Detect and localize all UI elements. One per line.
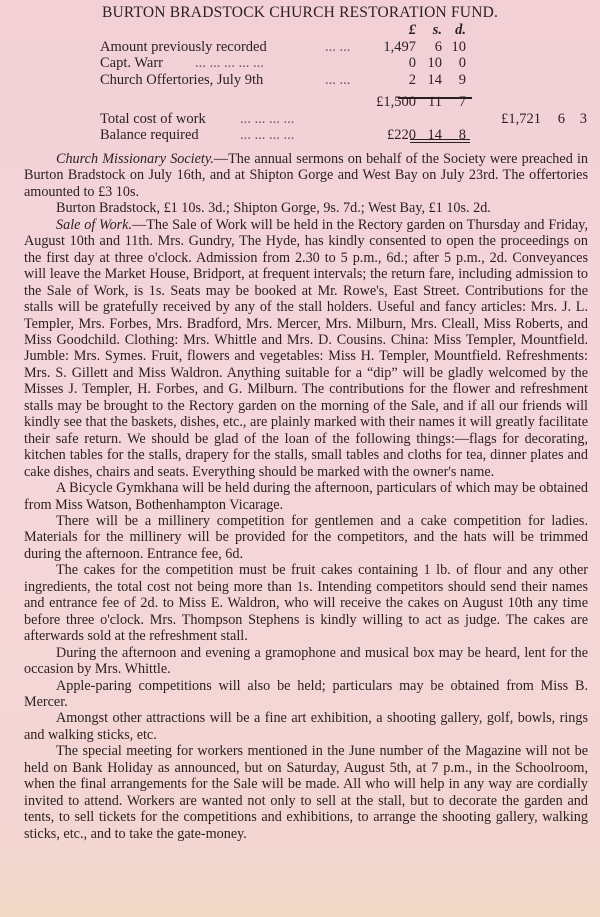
paragraph-millinery-competition: There will be a millinery competition fo… <box>24 513 588 562</box>
ledger-balance: Balance required ... ... ... ... £220 14… <box>100 127 590 144</box>
pounds-value: 0 <box>370 55 416 72</box>
total-cost-pence: 3 <box>567 111 587 128</box>
paragraph-bicycle-gymkhana: A Bicycle Gymkhana will be held during t… <box>24 480 588 513</box>
paragraph-sale-of-work: Sale of Work.—The Sale of Work will be h… <box>24 217 588 480</box>
ledger-row: Church Offertories, July 9th ... ... 2 1… <box>100 72 590 89</box>
total-cost-shillings: 6 <box>545 111 565 128</box>
section-heading: Church Missionary Society. <box>56 151 214 167</box>
restoration-fund-ledger: £ s. d. Amount previously recorded ... .… <box>100 22 590 144</box>
pence-value: 10 <box>444 39 466 56</box>
document-page: BURTON BRADSTOCK CHURCH RESTORATION FUND… <box>0 0 600 917</box>
ledger-row: Amount previously recorded ... ... 1,497… <box>100 39 590 56</box>
paragraph-cake-competition: The cakes for the competition must be fr… <box>24 562 588 644</box>
leader-dots: ... ... <box>325 39 350 56</box>
ledger-label: Balance required <box>100 127 199 144</box>
ledger-row: Capt. Warr ... ... ... ... ... 0 10 0 <box>100 55 590 72</box>
pence-value: 0 <box>444 55 466 72</box>
shillings-header: s. <box>420 22 442 39</box>
ledger-label: Total cost of work <box>100 111 206 128</box>
balance-double-rule-top <box>410 139 470 140</box>
paragraph-gramophone: During the afternoon and evening a gramo… <box>24 645 588 678</box>
section-heading: Sale of Work. <box>56 217 132 233</box>
ledger-label: Capt. Warr <box>100 55 163 72</box>
paragraph-other-attractions: Amongst other attractions will be a fine… <box>24 710 588 743</box>
pounds-value: 2 <box>370 72 416 89</box>
ledger-label: Amount previously recorded <box>100 39 267 56</box>
paragraph-church-missionary-society: Church Missionary Society.—The annual se… <box>24 151 588 200</box>
total-cost-pounds: £1,721 <box>475 111 541 128</box>
shillings-value: 14 <box>420 72 442 89</box>
ledger-subtotal: £1,500 11 7 <box>100 94 590 111</box>
leader-dots: ... ... ... ... <box>240 111 294 128</box>
balance-pounds: £220 <box>350 127 416 144</box>
paragraph-offertory-breakdown: Burton Bradstock, £1 10s. 3d.; Shipton G… <box>24 200 588 216</box>
leader-dots: ... ... ... ... <box>240 127 294 144</box>
subtotal-pence: 7 <box>444 94 466 111</box>
pounds-value: 1,497 <box>370 39 416 56</box>
article-body: Church Missionary Society.—The annual se… <box>24 151 588 842</box>
ledger-total-cost: Total cost of work ... ... ... ... £1,72… <box>100 111 590 128</box>
leader-dots: ... ... ... ... ... <box>195 55 264 72</box>
pence-header: d. <box>444 22 466 39</box>
shillings-value: 6 <box>420 39 442 56</box>
paragraph-apple-paring: Apple-paring competitions will also be h… <box>24 678 588 711</box>
pence-value: 9 <box>444 72 466 89</box>
balance-double-rule-bottom <box>410 142 470 143</box>
ledger-header: £ s. d. <box>100 22 590 39</box>
page-title: BURTON BRADSTOCK CHURCH RESTORATION FUND… <box>0 4 600 22</box>
subtotal-pounds: £1,500 <box>350 94 416 111</box>
paragraph-workers-meeting: The special meeting for workers mentione… <box>24 743 588 842</box>
leader-dots: ... ... <box>325 72 350 89</box>
shillings-value: 10 <box>420 55 442 72</box>
ledger-label: Church Offertories, July 9th <box>100 72 263 89</box>
pounds-header: £ <box>392 22 416 39</box>
subtotal-shillings: 11 <box>420 94 442 111</box>
